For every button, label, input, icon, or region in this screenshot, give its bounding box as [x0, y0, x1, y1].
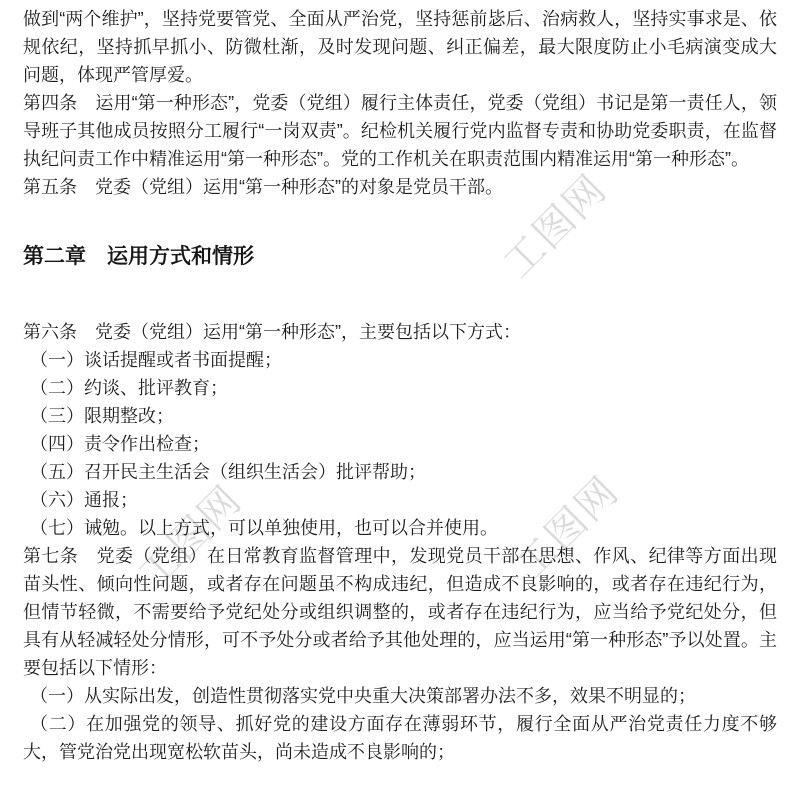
method-item-4: （四）责令作出检查； — [23, 430, 777, 458]
situation-item-2: （二）在加强党的领导、抓好党的建设方面存在薄弱环节，履行全面从严治党责任力度不够… — [23, 710, 777, 766]
chapter-2-heading: 第二章 运用方式和情形 — [23, 242, 777, 271]
method-item-6: （六）通报； — [23, 486, 777, 514]
article-6-paragraph: 第六条 党委（党组）运用“第一种形态”，主要包括以下方式： — [23, 318, 777, 346]
article-4-paragraph: 第四条 运用“第一种形态”，党委（党组）履行主体责任，党委（党组）书记是第一责任… — [23, 89, 777, 173]
method-item-3: （三）限期整改； — [23, 402, 777, 430]
intro-continuation-paragraph: 做到“两个维护”，坚持党要管党、全面从严治党，坚持惩前毖后、治病救人，坚持实事求… — [23, 5, 777, 89]
method-item-5: （五）召开民主生活会（组织生活会）批评帮助； — [23, 458, 777, 486]
method-item-1: （一）谈话提醒或者书面提醒； — [23, 346, 777, 374]
document-page: 工图网 工图网 工图网 做到“两个维护”，坚持党要管党、全面从严治党，坚持惩前毖… — [0, 0, 800, 800]
method-item-7: （七）诫勉。以上方式，可以单独使用，也可以合并使用。 — [23, 514, 777, 542]
article-5-paragraph: 第五条 党委（党组）运用“第一种形态”的对象是党员干部。 — [23, 173, 777, 201]
method-item-2: （二）约谈、批评教育； — [23, 374, 777, 402]
article-7-paragraph: 第七条 党委（党组）在日常教育监督管理中，发现党员干部在思想、作风、纪律等方面出… — [23, 542, 777, 682]
document-content: 做到“两个维护”，坚持党要管党、全面从严治党，坚持惩前毖后、治病救人，坚持实事求… — [0, 0, 800, 766]
situation-item-1: （一）从实际出发，创造性贯彻落实党中央重大决策部署办法不多，效果不明显的； — [23, 682, 777, 710]
